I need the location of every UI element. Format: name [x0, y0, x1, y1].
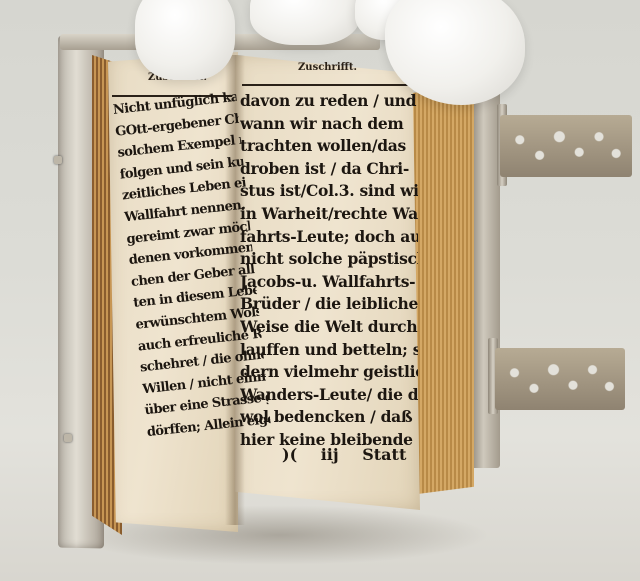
text-line: in Warheit/rechte Wall- [240, 203, 418, 226]
clasp-pin-bottom [64, 434, 72, 442]
text-line: wol bedencken / daß sie [240, 406, 418, 429]
right-page-text: davon zu reden / und wann wir nach dem t… [240, 90, 418, 452]
signature-and-catchword: )( iij Statt [282, 445, 406, 464]
white-glove-finger [250, 0, 360, 45]
text-line: Jacobs-u. Wallfahrts- [240, 271, 418, 294]
bottom-pierced-silver-clasp [495, 348, 625, 410]
right-head-rule [242, 84, 412, 86]
text-line: Wanders-Leute/ die da [240, 384, 418, 407]
text-line: trachten wollen/das [240, 135, 418, 158]
text-line: davon zu reden / und [240, 90, 418, 113]
white-glove-finger [135, 0, 235, 80]
text-line: Weise die Welt durch- [240, 316, 418, 339]
gilt-page-edge-right [410, 85, 474, 495]
text-line: nicht solche päpstische [240, 248, 418, 271]
catchword: Statt [362, 445, 406, 464]
text-line: stus ist/Col.3. sind wir [240, 180, 418, 203]
text-line: Brüder / die leiblicher [240, 293, 418, 316]
text-line: wann wir nach dem [240, 113, 418, 136]
clasp-pin-top [54, 156, 62, 164]
right-running-head: Zuschrifft. [298, 62, 357, 73]
top-pierced-silver-clasp [500, 115, 632, 177]
signature-mark: )( iij [282, 445, 339, 464]
text-line: fahrts-Leute; doch auch [240, 226, 418, 249]
text-line: lauffen und betteln; son- [240, 339, 418, 362]
text-line: dern vielmehr geistliche [240, 361, 418, 384]
text-line: droben ist / da Chri- [240, 158, 418, 181]
